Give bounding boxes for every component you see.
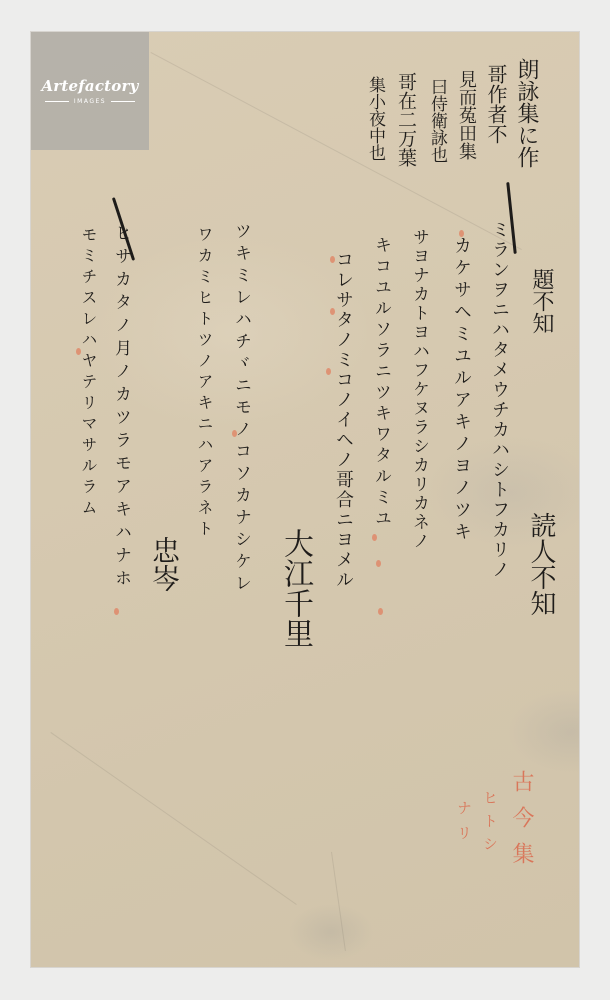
poem-2-line-2: キコユルソラニツキワタルミユ: [372, 236, 389, 530]
poem-4-line-2: モミチスレハヤテリマサルラム: [80, 226, 96, 520]
poem-1-line-1: ミランヲニハタメウチカハシトフカリノ: [490, 220, 508, 580]
poet-name-oe-no-chisato: 大江千里: [280, 528, 310, 648]
watermark-brand: Artefactory: [41, 77, 138, 95]
divider: [111, 101, 135, 102]
paper-crease: [50, 732, 296, 905]
red-annotation-nari: ナリ: [456, 800, 471, 850]
poem-3-line-1: ツキミレハチヾニモノコソカナシケレ: [232, 222, 249, 596]
paper-crease: [331, 852, 346, 951]
poem-4-line-1: ヒサカタノ月ノカツラモアキハナホ: [112, 224, 129, 592]
attribution-unknown-2: 読人不知: [528, 512, 554, 616]
heading-column-2: 見而菟田集: [457, 70, 475, 160]
watermark-subrow: IMAGES: [45, 98, 135, 105]
poet-name-tadamine: 忠岑: [150, 536, 178, 592]
attribution-unknown-1: 題不知: [530, 268, 552, 334]
red-mark: [330, 308, 335, 315]
red-mark: [326, 368, 331, 375]
watermark-sub: IMAGES: [74, 98, 106, 105]
red-mark: [76, 348, 81, 355]
red-annotation-hitoshi: ヒトシ: [482, 790, 497, 859]
poem-2-line-3: コレサタノミコノイヘノ哥合ニヨメル: [334, 250, 352, 590]
watermark-logo: Artefactory IMAGES: [31, 32, 149, 150]
title-column: 朗詠集に作: [515, 58, 537, 168]
red-annotation-kokinshu: 古今集: [510, 770, 532, 878]
heading-column-4: 哥在二万葉: [396, 72, 415, 167]
heading-column-5: 集小夜中也: [366, 76, 383, 161]
red-mark: [330, 256, 335, 263]
poem-1-line-2: カケサヘミユルアキノヨノツキ: [452, 236, 470, 544]
poem-3-line-2: ワカミヒトツノアキニハアラネト: [196, 226, 212, 541]
heading-column-1: 哥作者不: [486, 64, 506, 144]
heading-column-3: 曰侍衛詠也: [428, 78, 445, 163]
red-mark: [459, 230, 464, 237]
red-mark: [378, 608, 383, 615]
red-mark: [376, 560, 381, 567]
divider: [45, 101, 69, 102]
red-mark: [232, 430, 237, 437]
red-mark: [372, 534, 377, 541]
poem-2-line-1: サヨナカトヨハフケヌラシカリカネノ: [410, 228, 427, 551]
red-mark: [114, 608, 119, 615]
